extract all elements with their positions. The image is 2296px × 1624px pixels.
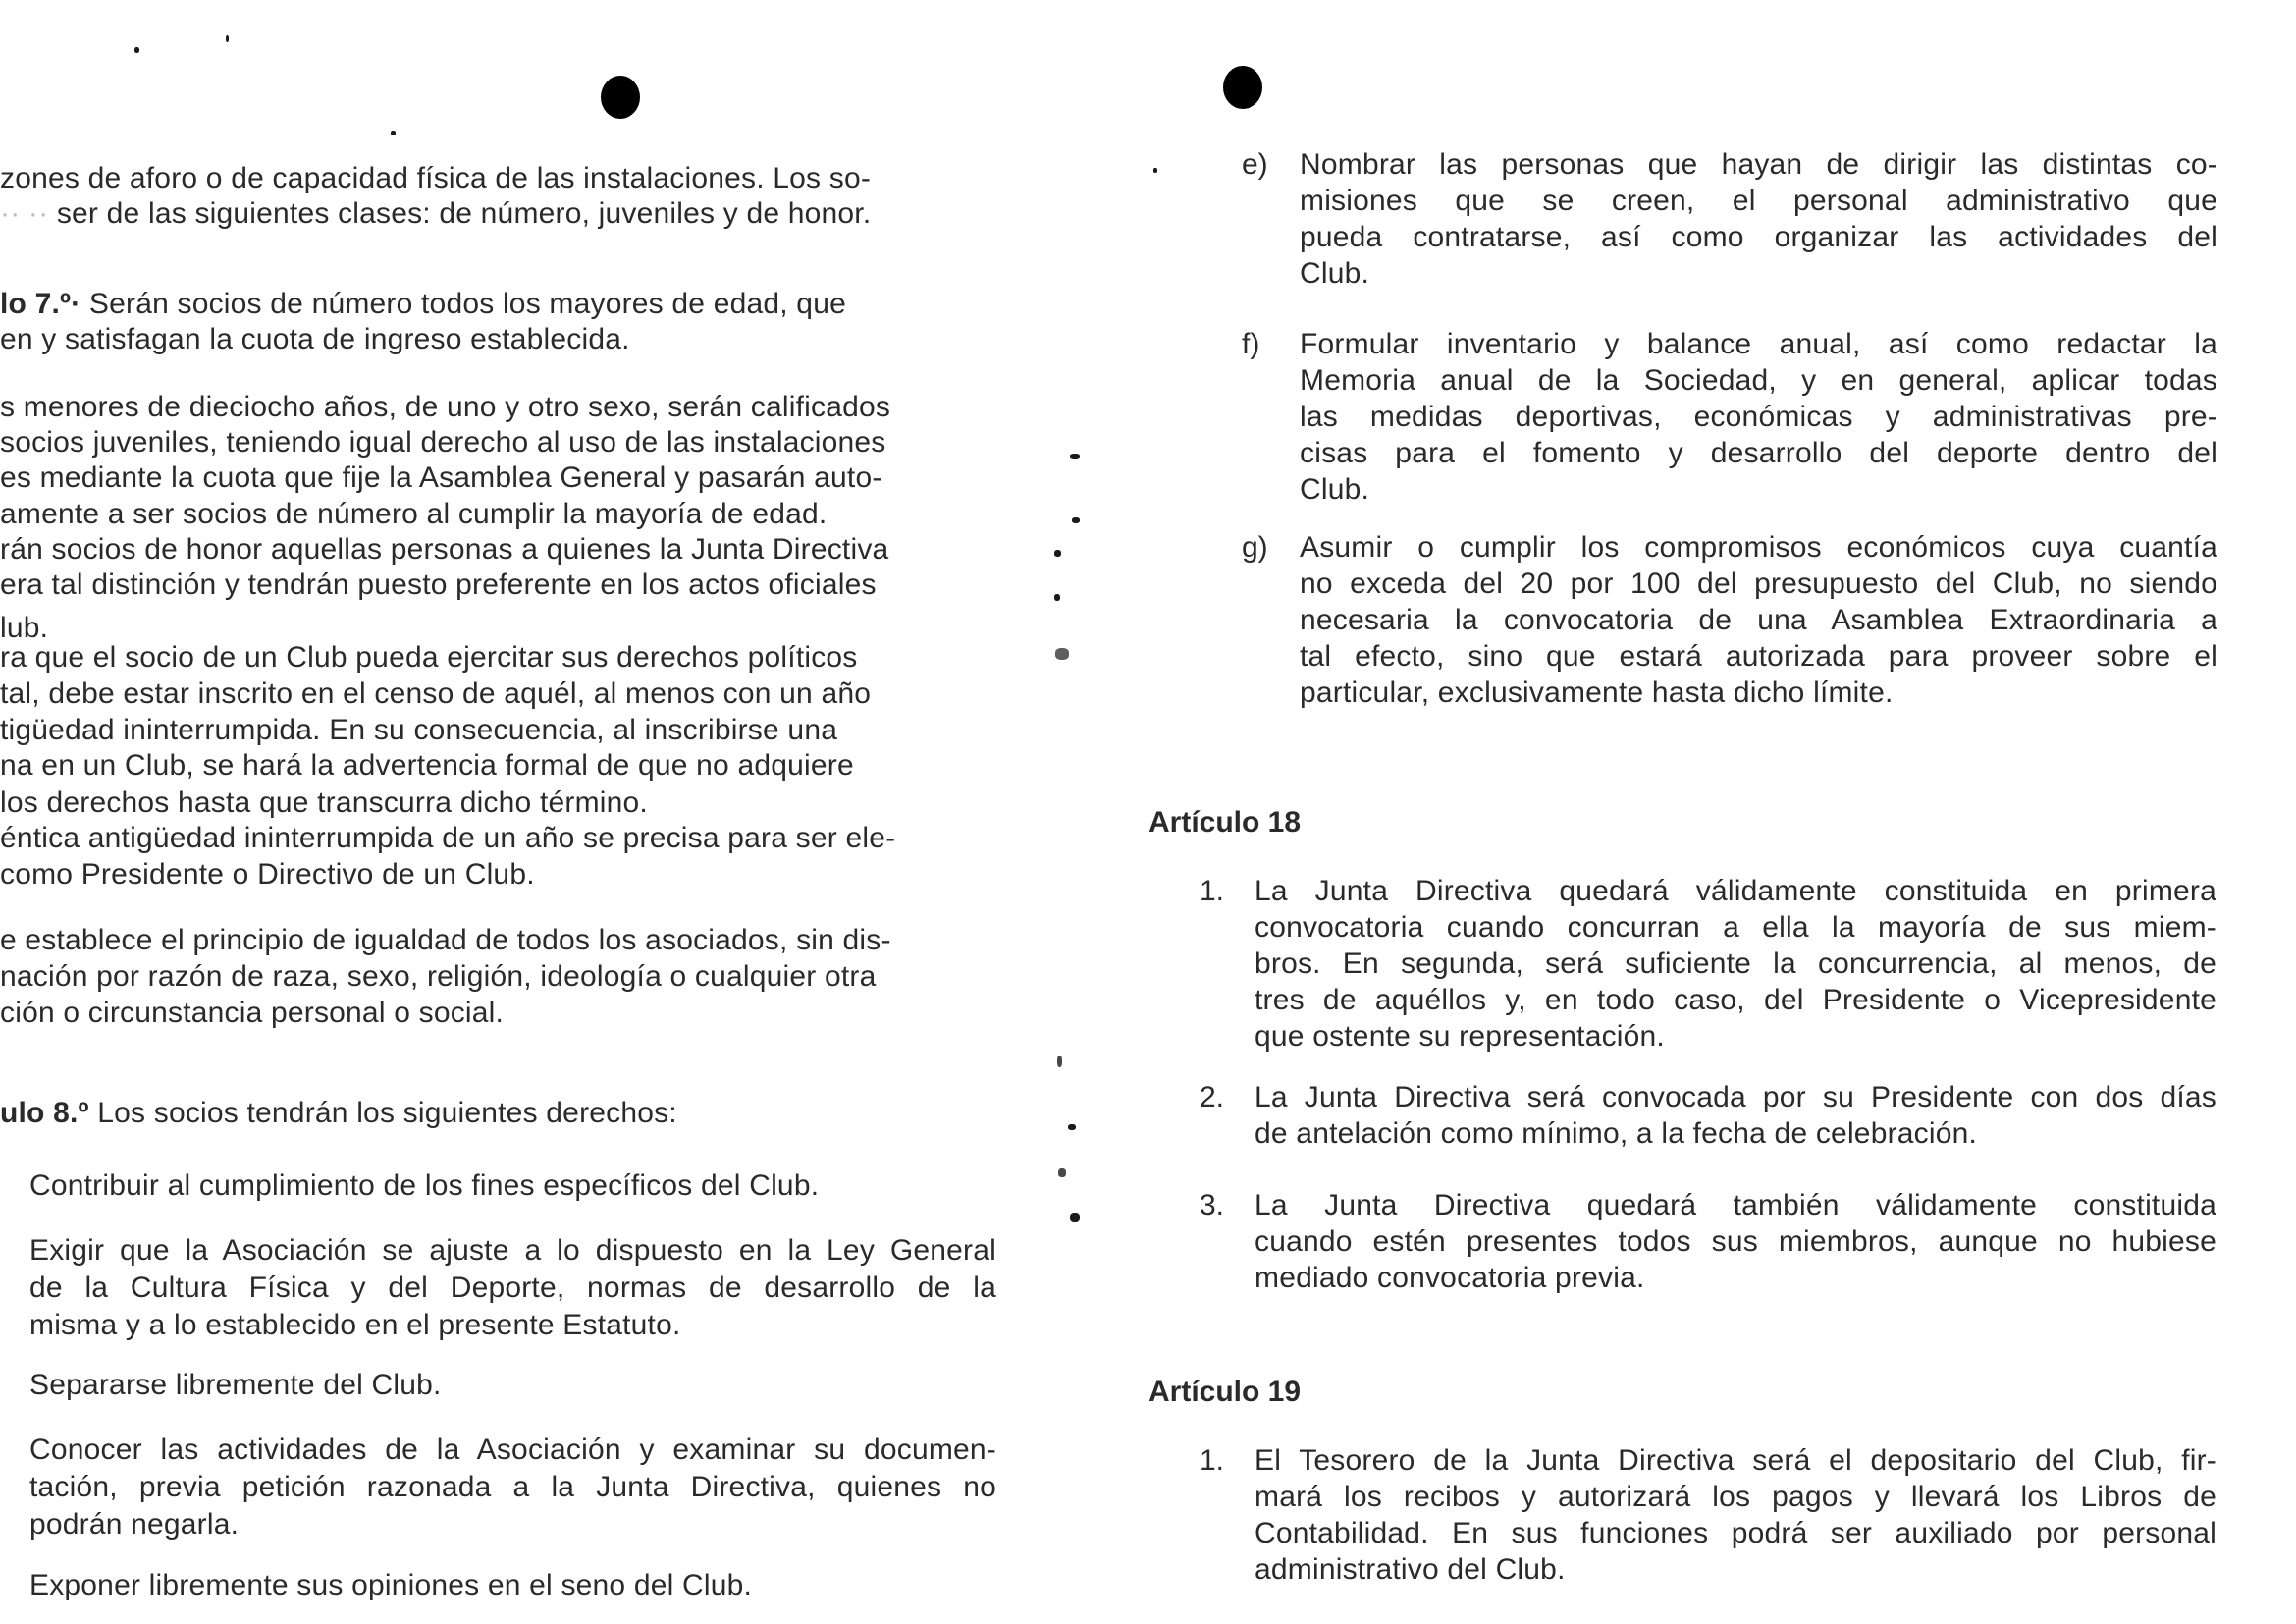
body-text-line: tal, debe estar inscrito en el censo de … — [0, 677, 996, 712]
body-text-line: era tal distinción y tendrán puesto pref… — [0, 568, 996, 603]
body-text-line: ·· ·· ser de las siguientes clases: de n… — [0, 196, 996, 232]
right-item-line: podrán negarla. — [29, 1507, 239, 1543]
body-text-line: nación por razón de raza, sexo, religión… — [0, 959, 996, 995]
speck — [1054, 594, 1060, 601]
point-text-line: bros. En segunda, será suficiente la con… — [1255, 947, 2216, 982]
speck — [1055, 648, 1069, 660]
body-text-line: amente a ser socios de número al cumplir… — [0, 497, 996, 532]
speck — [1068, 1124, 1076, 1130]
paragraph-text: era tal distinción y tendrán puesto pref… — [0, 568, 877, 601]
point-text-line: El Tesorero de la Junta Directiva será e… — [1255, 1443, 2216, 1479]
point-number: 1. — [1200, 1443, 1224, 1479]
item-text-line: Club. — [1300, 472, 1369, 508]
item-text-line: pueda contratarse, así como organizar la… — [1300, 220, 2217, 255]
paragraph-text: los derechos hasta que transcurra dicho … — [0, 786, 648, 819]
body-text-line: ra que el socio de un Club pueda ejercit… — [0, 640, 996, 676]
item-text-line: Formular inventario y balance anual, así… — [1300, 327, 2217, 362]
item-label: g) — [1242, 530, 1268, 566]
paragraph-text: rán socios de honor aquellas personas a … — [0, 533, 888, 566]
speck — [1058, 1168, 1066, 1177]
point-number: 2. — [1200, 1080, 1224, 1115]
item-text-line: no exceda del 20 por 100 del presupuesto… — [1300, 567, 2217, 602]
paragraph-text: en y satisfagan la cuota de ingreso esta… — [0, 323, 630, 355]
point-text-line: tres de aquéllos y, en todo caso, del Pr… — [1255, 983, 2216, 1018]
paragraph-text: s menores de dieciocho años, de uno y ot… — [0, 391, 890, 423]
article-number: ulo 8.º — [0, 1097, 97, 1129]
body-text-line: los derechos hasta que transcurra dicho … — [0, 785, 996, 821]
speck — [1070, 1213, 1080, 1222]
paragraph-text: zones de aforo o de capacidad física de … — [0, 162, 871, 194]
body-text-line: lo 7.º· Serán socios de número todos los… — [0, 287, 996, 322]
point-number: 3. — [1200, 1188, 1224, 1223]
speck — [1057, 1056, 1062, 1067]
item-text-line: Memoria anual de la Sociedad, y en gener… — [1300, 363, 2217, 399]
paragraph-text: amente a ser socios de número al cumplir… — [0, 498, 827, 530]
paragraph-text: socios juveniles, teniendo igual derecho… — [0, 426, 886, 459]
body-text-line: s menores de dieciocho años, de uno y ot… — [0, 390, 996, 425]
body-text-line: e establece el principio de igualdad de … — [0, 923, 996, 958]
body-text-line: en y satisfagan la cuota de ingreso esta… — [0, 322, 996, 357]
item-text-line: cisas para el fomento y desarrollo del d… — [1300, 436, 2217, 471]
paragraph-text: na en un Club, se hará la advertencia fo… — [0, 749, 854, 782]
body-text-line: éntica antigüedad ininterrumpida de un a… — [0, 821, 996, 856]
item-text-line: las medidas deportivas, económicas y adm… — [1300, 400, 2217, 435]
article-number: lo 7.º· — [0, 288, 89, 320]
point-text-line: mará los recibos y autorizará los pagos … — [1255, 1480, 2216, 1515]
item-text-line: necesaria la convocatoria de una Asamble… — [1300, 603, 2217, 638]
point-text-line: cuando estén presentes todos sus miembro… — [1255, 1224, 2216, 1260]
paragraph-text: Los socios tendrán los siguientes derech… — [97, 1097, 677, 1129]
right-item-line: Conocer las actividades de la Asociación… — [29, 1433, 996, 1468]
paragraph-text: éntica antigüedad ininterrumpida de un a… — [0, 822, 895, 854]
item-label: e) — [1242, 147, 1268, 183]
point-text-line: que ostente su representación. — [1255, 1019, 1665, 1055]
point-text-line: La Junta Directiva será convocada por su… — [1255, 1080, 2216, 1115]
article-heading: Artículo 18 — [1148, 805, 1301, 840]
point-number: 1. — [1200, 874, 1224, 909]
right-item-line: tación, previa petición razonada a la Ju… — [29, 1470, 996, 1505]
speck — [1054, 550, 1061, 557]
paragraph-text: nación por razón de raza, sexo, religión… — [0, 960, 876, 993]
right-item-line: Contribuir al cumplimiento de los fines … — [29, 1168, 819, 1204]
left-page: zones de aforo o de capacidad física de … — [0, 0, 1031, 1624]
point-text-line: La Junta Directiva quedará válidamente c… — [1255, 874, 2216, 909]
body-text-line: como Presidente o Directivo de un Club. — [0, 857, 996, 893]
right-item-line: misma y a lo establecido en el presente … — [29, 1308, 681, 1343]
right-item-line: Exigir que la Asociación se ajuste a lo … — [29, 1233, 996, 1269]
item-text-line: misiones que se creen, el personal admin… — [1300, 184, 2217, 219]
item-text-line: Club. — [1300, 256, 1369, 292]
speck — [1072, 517, 1080, 523]
paragraph-text: es mediante la cuota que fije la Asamble… — [0, 461, 882, 494]
right-page: e)Nombrar las personas que hayan de diri… — [1129, 0, 2296, 1624]
paragraph-text: Serán socios de número todos los mayores… — [89, 288, 846, 320]
item-text-line: Nombrar las personas que hayan de dirigi… — [1300, 147, 2217, 183]
speck — [1070, 454, 1080, 459]
paragraph-text: como Presidente o Directivo de un Club. — [0, 858, 535, 891]
item-label: f) — [1242, 327, 1259, 362]
right-item-line: de la Cultura Física y del Deporte, norm… — [29, 1271, 996, 1306]
item-text-line: particular, exclusivamente hasta dicho l… — [1300, 676, 1893, 711]
paragraph-text: tal, debe estar inscrito en el censo de … — [0, 677, 871, 710]
point-text-line: mediado convocatoria previa. — [1255, 1261, 1645, 1296]
faded-text: ·· ·· — [0, 197, 57, 230]
paragraph-text: ra que el socio de un Club pueda ejercit… — [0, 641, 858, 674]
body-text-line: tigüedad ininterrumpida. En su consecuen… — [0, 713, 996, 748]
point-text-line: convocatoria cuando concurran a ella la … — [1255, 910, 2216, 946]
body-text-line: zones de aforo o de capacidad física de … — [0, 161, 996, 196]
body-text-line: rán socios de honor aquellas personas a … — [0, 532, 996, 568]
paragraph-text: ción o circunstancia personal o social. — [0, 997, 504, 1029]
right-item-line: Separarse libremente del Club. — [29, 1368, 442, 1403]
paragraph-text: e establece el principio de igualdad de … — [0, 924, 891, 956]
point-text-line: de antelación como mínimo, a la fecha de… — [1255, 1116, 1977, 1152]
body-text-line: ulo 8.º Los socios tendrán los siguiente… — [0, 1096, 996, 1131]
item-text-line: Asumir o cumplir los compromisos económi… — [1300, 530, 2217, 566]
point-text-line: La Junta Directiva quedará también válid… — [1255, 1188, 2216, 1223]
paragraph-text: ser de las siguientes clases: de número,… — [57, 197, 872, 230]
body-text-line: es mediante la cuota que fije la Asamble… — [0, 460, 996, 496]
body-text-line: ción o circunstancia personal o social. — [0, 996, 996, 1031]
right-item-line: Exponer libremente sus opiniones en el s… — [29, 1568, 752, 1603]
paragraph-text: tigüedad ininterrumpida. En su consecuen… — [0, 714, 837, 746]
point-text-line: administrativo del Club. — [1255, 1552, 1566, 1588]
body-text-line: na en un Club, se hará la advertencia fo… — [0, 748, 996, 784]
article-heading: Artículo 19 — [1148, 1375, 1301, 1410]
item-text-line: tal efecto, sino que estará autorizada p… — [1300, 639, 2217, 675]
body-text-line: socios juveniles, teniendo igual derecho… — [0, 425, 996, 460]
point-text-line: Contabilidad. En sus funciones podrá ser… — [1255, 1516, 2216, 1551]
